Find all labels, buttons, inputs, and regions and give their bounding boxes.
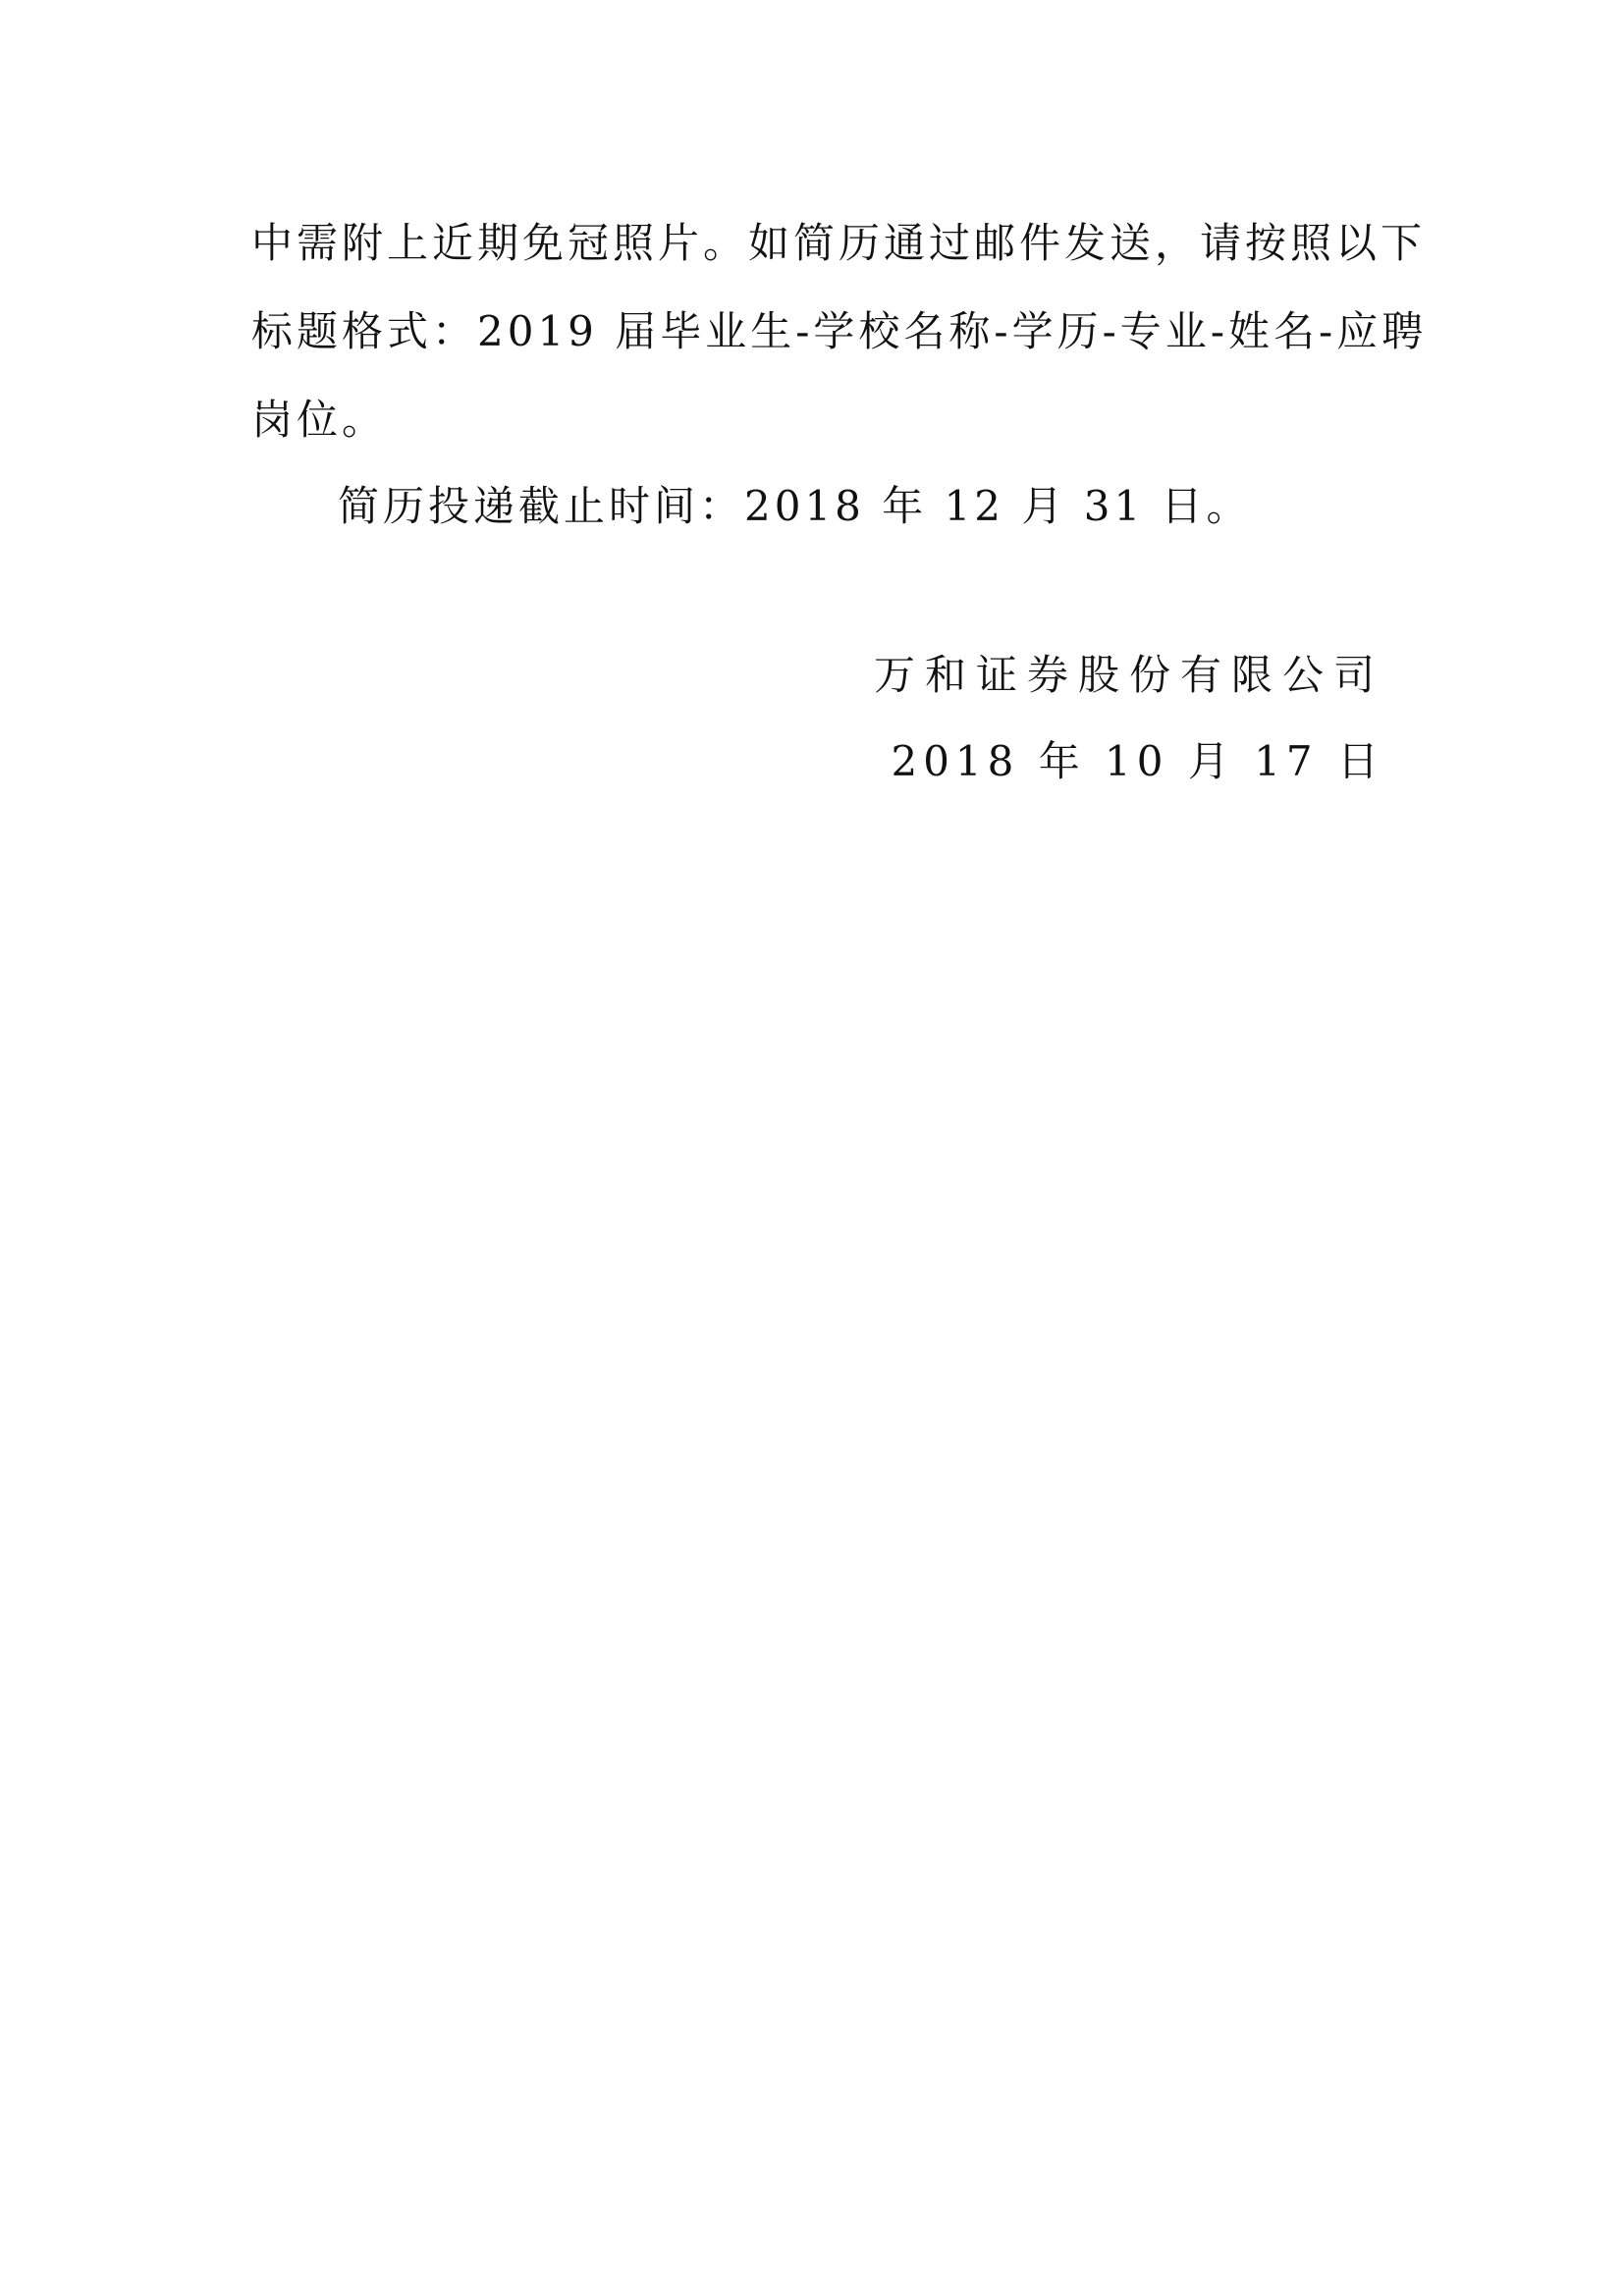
document-page: 中需附上近期免冠照片。如简历通过邮件发送，请按照以下 标题格式：2019 届毕业… (0, 0, 1624, 2296)
deadline-paragraph: 简历投递截止时间：2018 年 12 月 31 日。 (338, 481, 1252, 532)
signature-company: 万和证券股份有限公司 (874, 650, 1384, 701)
body-text-line-3: 岗位。 (251, 395, 387, 446)
signature-date: 2018 年 10 月 17 日 (891, 736, 1384, 787)
body-text-line-2: 标题格式：2019 届毕业生-学校名称-学历-专业-姓名-应聘 (251, 306, 1427, 357)
body-text-line-1: 中需附上近期免冠照片。如简历通过邮件发送，请按照以下 (251, 218, 1426, 269)
